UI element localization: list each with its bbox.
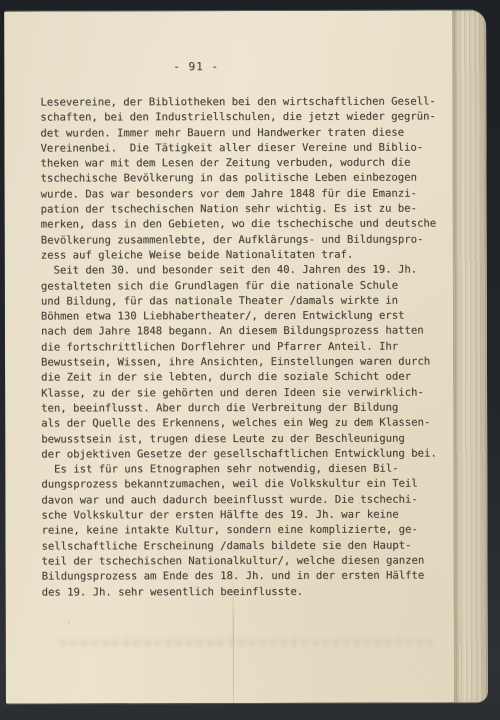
text-line: Bewustsein, Wissen, ihre Ansichten, Eins… (41, 355, 453, 371)
text-line: und Bildung, für das nationale Theater /… (41, 293, 453, 309)
text-line: Bevölkerung zusammenlebte, der Aufklärun… (41, 232, 453, 248)
page-number: - 91 - (173, 60, 219, 73)
text-line: Böhmen etwa 130 Liebhabertheater/, deren… (41, 309, 453, 325)
text-line: gestalteten sich die Grundlagen für die … (41, 278, 453, 294)
text-line: die Zeit in der sie lebten, durch die so… (41, 370, 453, 386)
scanner-background: - 91 - Lesevereine, der Bibliotheken bei… (0, 0, 500, 720)
text-line: sellschaftliche Erscheinung /damals bild… (41, 538, 453, 554)
text-line: nach dem Jahre 1848 begann. An diesem Bi… (41, 324, 453, 340)
text-line: als der Quelle des Erkennens, welches ei… (41, 416, 453, 432)
text-line: ten, beeinflusst. Aber durch die Verbrei… (41, 400, 453, 416)
text-line: det wurden. Immer mehr Bauern und Handwe… (40, 125, 452, 141)
paper-speck (68, 621, 70, 623)
book-page: - 91 - Lesevereine, der Bibliotheken bei… (4, 10, 488, 703)
text-line: Klasse, zu der sie gehörten und deren Id… (41, 385, 453, 401)
text-line: pation der tschechischen Nation sehr wic… (41, 202, 453, 218)
text-line: sche Volkskultur der ersten Hälfte des 1… (41, 507, 453, 523)
page-edge-stack (452, 10, 488, 702)
text-line: des 19. Jh. sehr wesentlich beeinflusste… (42, 584, 454, 600)
typewritten-text: Lesevereine, der Bibliotheken bei den wi… (40, 94, 453, 600)
text-line: die fortschrittlichen Dorflehrer und Pfa… (41, 339, 453, 355)
text-line: Bildungsprozess am Ende des 18. Jh. und … (42, 569, 454, 585)
text-line: schaften, bei den Industriellschulen, di… (40, 110, 452, 126)
text-line: Seit den 30. und besonder seit den 40. J… (41, 263, 453, 279)
text-line: tschechische Bevölkerung in das politisc… (41, 171, 453, 187)
ink-bleedthrough (61, 639, 433, 647)
text-line: Vereinenbei. Die Tätigkeit aller dieser … (40, 140, 452, 156)
text-line: der objektiven Gesetze der gesellschaftl… (41, 446, 453, 462)
text-line: zess auf gleiche Weise beide Nationalita… (41, 247, 453, 263)
text-line: Es ist für uns Etnographen sehr notwendi… (41, 462, 453, 478)
text-line: wurde. Das war besonders vor dem Jahre 1… (41, 186, 453, 202)
text-line: theken war mit dem Lesen der Zeitung ver… (40, 156, 452, 172)
text-line: dungsprozess bekanntzumachen, weil die V… (41, 477, 453, 493)
text-line: merken, dass in den Gebieten, wo die tsc… (41, 217, 453, 233)
text-line: davon war und auch dadurch beeinflusst w… (41, 492, 453, 508)
text-line: teil der tschechischen Nationalkultur/, … (42, 553, 454, 569)
text-line: reine, keine intakte Kultur, sondern ein… (41, 523, 453, 539)
text-line: bewusstsein ist, trugen diese Leute zu d… (41, 431, 453, 447)
text-line: Lesevereine, der Bibliotheken bei den wi… (40, 94, 452, 110)
